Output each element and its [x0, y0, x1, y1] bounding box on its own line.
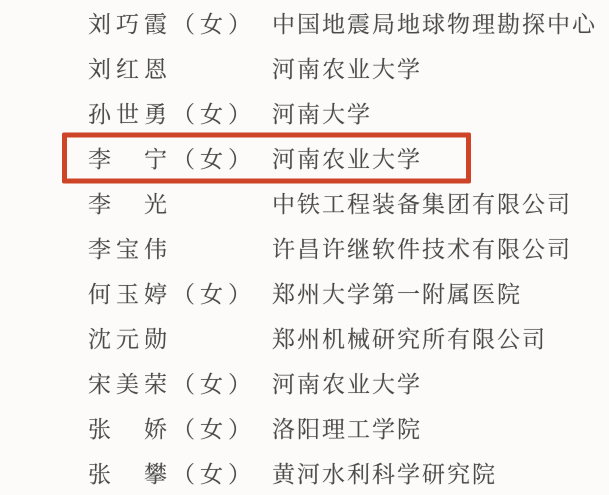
organization-name: 郑州大学第一附属医院 [272, 276, 609, 309]
table-row-highlighted: 李 宁（女） 河南农业大学 [0, 135, 609, 180]
table-row: 何玉婷（女） 郑州大学第一附属医院 [0, 270, 609, 315]
organization-name: 中国地震局地球物理勘探中心 [272, 6, 609, 39]
person-name: 张 娇（女） [88, 411, 272, 444]
table-row: 李 光 中铁工程装备集团有限公司 [0, 180, 609, 225]
table-row: 刘巧霞（女） 中国地震局地球物理勘探中心 [0, 0, 609, 45]
organization-name: 河南农业大学 [272, 51, 609, 84]
person-name: 孙世勇（女） [88, 96, 272, 129]
person-name: 何玉婷（女） [88, 276, 272, 309]
person-name: 张 攀（女） [88, 456, 272, 489]
person-name: 李 光 [88, 186, 272, 219]
organization-name: 许昌许继软件技术有限公司 [272, 231, 609, 264]
table-row: 沈元勋 郑州机械研究所有限公司 [0, 315, 609, 360]
table-row: 孙世勇（女） 河南大学 [0, 90, 609, 135]
table-row: 李宝伟 许昌许继软件技术有限公司 [0, 225, 609, 270]
organization-name: 河南农业大学 [272, 141, 609, 174]
organization-name: 河南大学 [272, 96, 609, 129]
person-name: 宋美荣（女） [88, 366, 272, 399]
organization-name: 洛阳理工学院 [272, 411, 609, 444]
person-name: 李 宁（女） [88, 141, 272, 174]
table-row: 宋美荣（女） 河南农业大学 [0, 360, 609, 405]
organization-name: 郑州机械研究所有限公司 [272, 321, 609, 354]
person-name: 沈元勋 [88, 321, 272, 354]
organization-name: 黄河水利科学研究院 [272, 456, 609, 489]
document-page: 刘巧霞（女） 中国地震局地球物理勘探中心 刘红恩 河南农业大学 孙世勇（女） 河… [0, 0, 609, 495]
person-name: 刘巧霞（女） [88, 6, 272, 39]
person-name: 刘红恩 [88, 51, 272, 84]
organization-name: 河南农业大学 [272, 366, 609, 399]
table-row: 刘红恩 河南农业大学 [0, 45, 609, 90]
table-row: 张 娇（女） 洛阳理工学院 [0, 405, 609, 450]
table-row: 张 攀（女） 黄河水利科学研究院 [0, 450, 609, 495]
person-name: 李宝伟 [88, 231, 272, 264]
organization-name: 中铁工程装备集团有限公司 [272, 186, 609, 219]
